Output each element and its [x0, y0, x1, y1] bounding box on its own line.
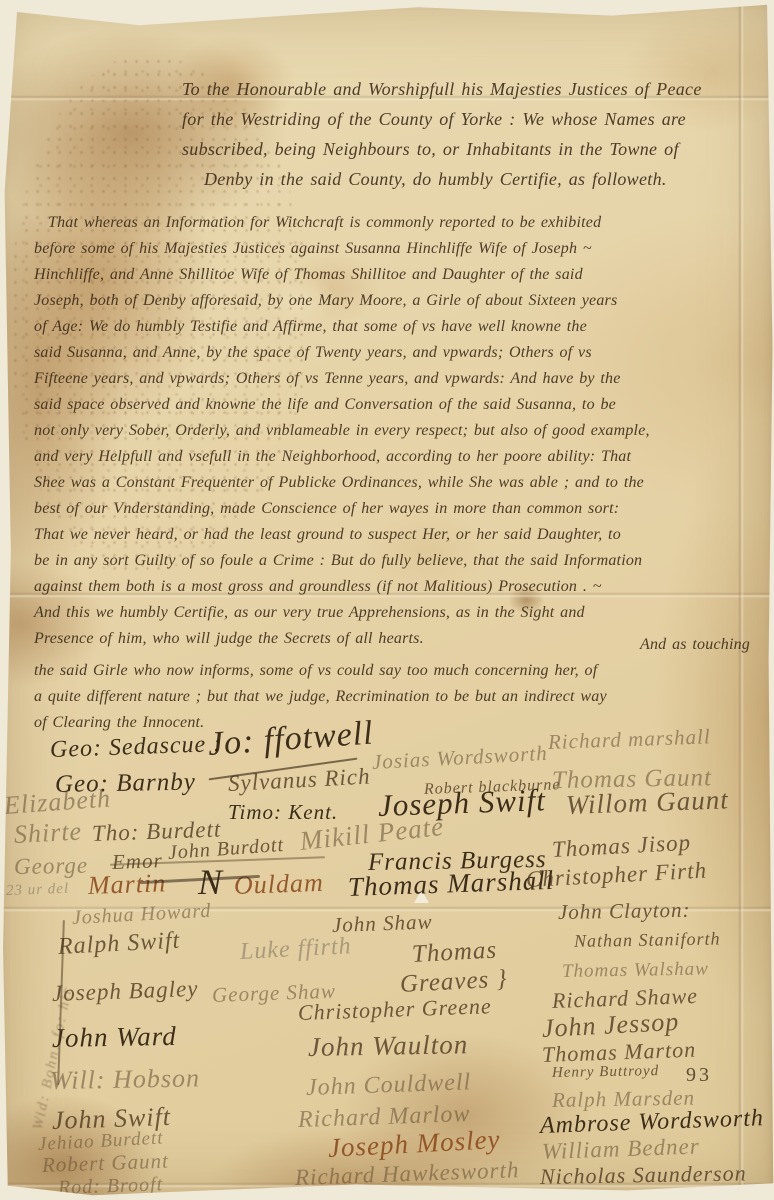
- signature: Ambrose Wordsworth: [540, 1106, 765, 1138]
- signature: Shirte: [13, 818, 82, 848]
- signature: 23 ur del: [6, 882, 70, 899]
- signature: Thomas Marton: [542, 1039, 697, 1066]
- signature: Ralph Swift: [57, 929, 180, 959]
- signature: John Ward: [52, 1023, 177, 1052]
- signature: Josias Wordsworth: [371, 743, 548, 773]
- signature: William Bedner: [542, 1135, 700, 1163]
- signature: Greaves }: [399, 966, 508, 997]
- page-number: 93: [686, 1064, 712, 1087]
- signature: Joseph Mosley: [327, 1126, 501, 1162]
- signature: John Waulton: [308, 1031, 469, 1061]
- signature: Christopher Greene: [298, 995, 492, 1024]
- signature: N: [198, 864, 223, 900]
- signature: Martin: [88, 870, 167, 899]
- signature: Ouldam: [234, 870, 325, 899]
- signatures-layer: Geo: Sedascue :Geo: BarnbyJo: ffotwellRi…: [0, 0, 774, 1200]
- signature: Elizabeth: [3, 786, 112, 819]
- signature: Sylvanus Rich: [227, 765, 371, 795]
- signature: Nicholas Saunderson: [540, 1162, 747, 1188]
- signature: Thomas Marshall: [348, 867, 555, 901]
- signature: Christopher Firth: [525, 859, 707, 891]
- signature: George: [14, 854, 89, 878]
- signature: Will: Hobson: [50, 1065, 200, 1094]
- signature: Henry Buttroyd: [552, 1064, 659, 1081]
- signature: John Clayton:: [558, 900, 691, 923]
- signature: Thomas Jisop: [551, 831, 691, 861]
- scan-backdrop: To the Honourable and Worshipfull his Ma…: [0, 0, 774, 1200]
- signature: Jo: ffotwell: [207, 716, 375, 761]
- signature: Nathan Staniforth: [574, 929, 721, 950]
- signature: John Couldwell: [306, 1070, 472, 1100]
- signature: Rod: Brooft: [58, 1174, 164, 1198]
- signature: Willom Gaunt: [566, 786, 730, 819]
- signature: Thomas Walshaw: [562, 959, 709, 981]
- signature: Joshua Howard: [71, 901, 211, 928]
- manuscript-page: To the Honourable and Worshipfull his Ma…: [0, 0, 774, 1200]
- signature: Geo: Sedascue :: [50, 732, 223, 762]
- signature: Timo: Kent.: [228, 802, 338, 823]
- signature: John Shaw: [332, 911, 433, 935]
- signature: Robert Gaunt: [42, 1151, 170, 1176]
- signature: Luke ffirth: [239, 934, 352, 964]
- signature: Richard marshall: [548, 726, 711, 753]
- signature: Thomas: [411, 938, 497, 967]
